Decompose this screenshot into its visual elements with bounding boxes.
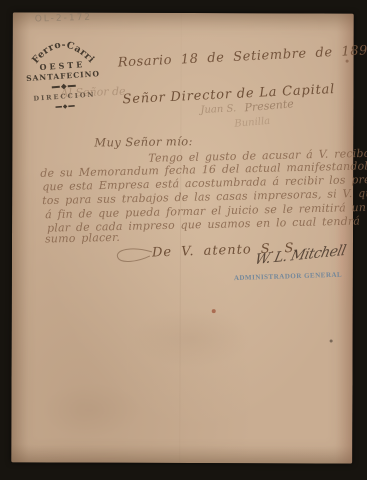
stain (346, 60, 349, 63)
letterhead-divider-icon (31, 103, 98, 111)
body-line: sumo placer. (45, 231, 120, 246)
stain (330, 340, 333, 343)
paper-crease (179, 13, 182, 463)
administrator-stamp: ADMINISTRADOR GENERAL (234, 271, 343, 282)
stain (41, 383, 141, 438)
closing-flourish (112, 246, 154, 266)
letterhead-stamp: Ferro-Carril OESTE SANTAFECINO DIRECCION (18, 24, 107, 113)
presente-note: Presente (244, 97, 294, 114)
addressee-name-faint: Juan S. (200, 103, 236, 116)
addressee-faint-prefix: Al Señor de (60, 85, 125, 100)
letter-page: OL-2-172 Ferro-Carril OESTE SANTAFECINO … (11, 12, 354, 463)
dateline: Rosario 18 de Setiembre de 1896 (117, 43, 367, 71)
stain (132, 308, 252, 368)
addressee-note-faint: Bunilla (234, 116, 271, 130)
archive-code-note: OL-2-172 (35, 13, 93, 25)
salutation: Muy Señor mío: (94, 134, 193, 149)
scan-background: OL-2-172 Ferro-Carril OESTE SANTAFECINO … (0, 0, 367, 480)
stain (212, 309, 216, 313)
